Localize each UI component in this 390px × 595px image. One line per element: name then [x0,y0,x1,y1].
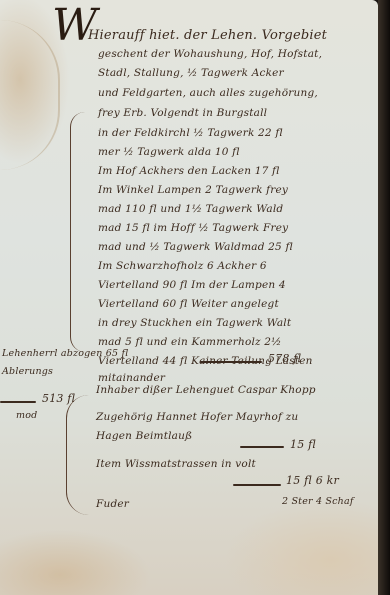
margin-note: Lehenherrl abzogen 65 fl [2,348,128,359]
body-line: Im Hof Ackhers den Lacken 17 fl [98,165,280,177]
entry-line: Fuder [96,498,129,510]
total-rule [200,361,262,363]
body-line: Viertelland 60 fl Weiter angelegt [98,298,279,310]
entry-amount: 15 fl 6 kr [286,474,339,487]
bracket-mark [70,112,85,352]
body-line: in der Feldkirchl ½ Tagwerk 22 fl [98,127,283,139]
body-line: mad 110 fl und 1½ Tagwerk Wald [98,203,283,215]
body-line: mad 15 fl im Hoff ½ Tagwerk Frey [98,222,288,234]
body-line: in drey Stuckhen ein Tagwerk Walt [98,317,291,329]
entry-rule [240,446,284,448]
body-line: mitainander [98,372,165,384]
heading-line: Hierauff hiet. der Lehen. Vorgebiet [88,28,327,43]
entry-amount: 2 Ster 4 Schaf [282,496,354,507]
entry-line: Item Wissmatstrassen in volt [96,458,256,470]
page-edge-shadow [378,0,390,595]
body-line: mad 5 fl und ein Kammerholz 2½ [98,336,282,348]
body-line: mad und ½ Tagwerk Waldmad 25 fl [98,241,293,253]
total-amount: 578 fl [268,352,301,365]
body-line: Im Winkel Lampen 2 Tagwerk frey [98,184,288,196]
body-line: geschent der Wohaushung, Hof, Hofstat, [98,48,322,60]
entry-amount: 15 fl [290,438,316,451]
entry-rule [233,484,281,486]
margin-note: mod [16,410,37,421]
entry-line: Inhaber dißer Lehenguet Caspar Khopp [96,384,316,396]
body-line: Viertelland 90 fl Im der Lampen 4 [98,279,286,291]
body-line: Im Schwarzhofholz 6 Ackher 6 [98,260,267,272]
body-line: Stadl, Stallung, ½ Tagwerk Acker [98,67,284,79]
margin-note: Ablerungs [2,366,53,377]
curly-brace [66,395,89,515]
water-stain [0,20,60,170]
body-line: frey Erb. Volgendt in Burgstall [98,107,267,119]
manuscript-page: W Hierauff hiet. der Lehen. Vorgebiet ge… [0,0,378,595]
body-line: und Feldgarten, auch alles zugehörung, [98,87,318,99]
body-line: mer ½ Tagwerk alda 10 fl [98,146,240,158]
margin-rule [0,401,36,403]
